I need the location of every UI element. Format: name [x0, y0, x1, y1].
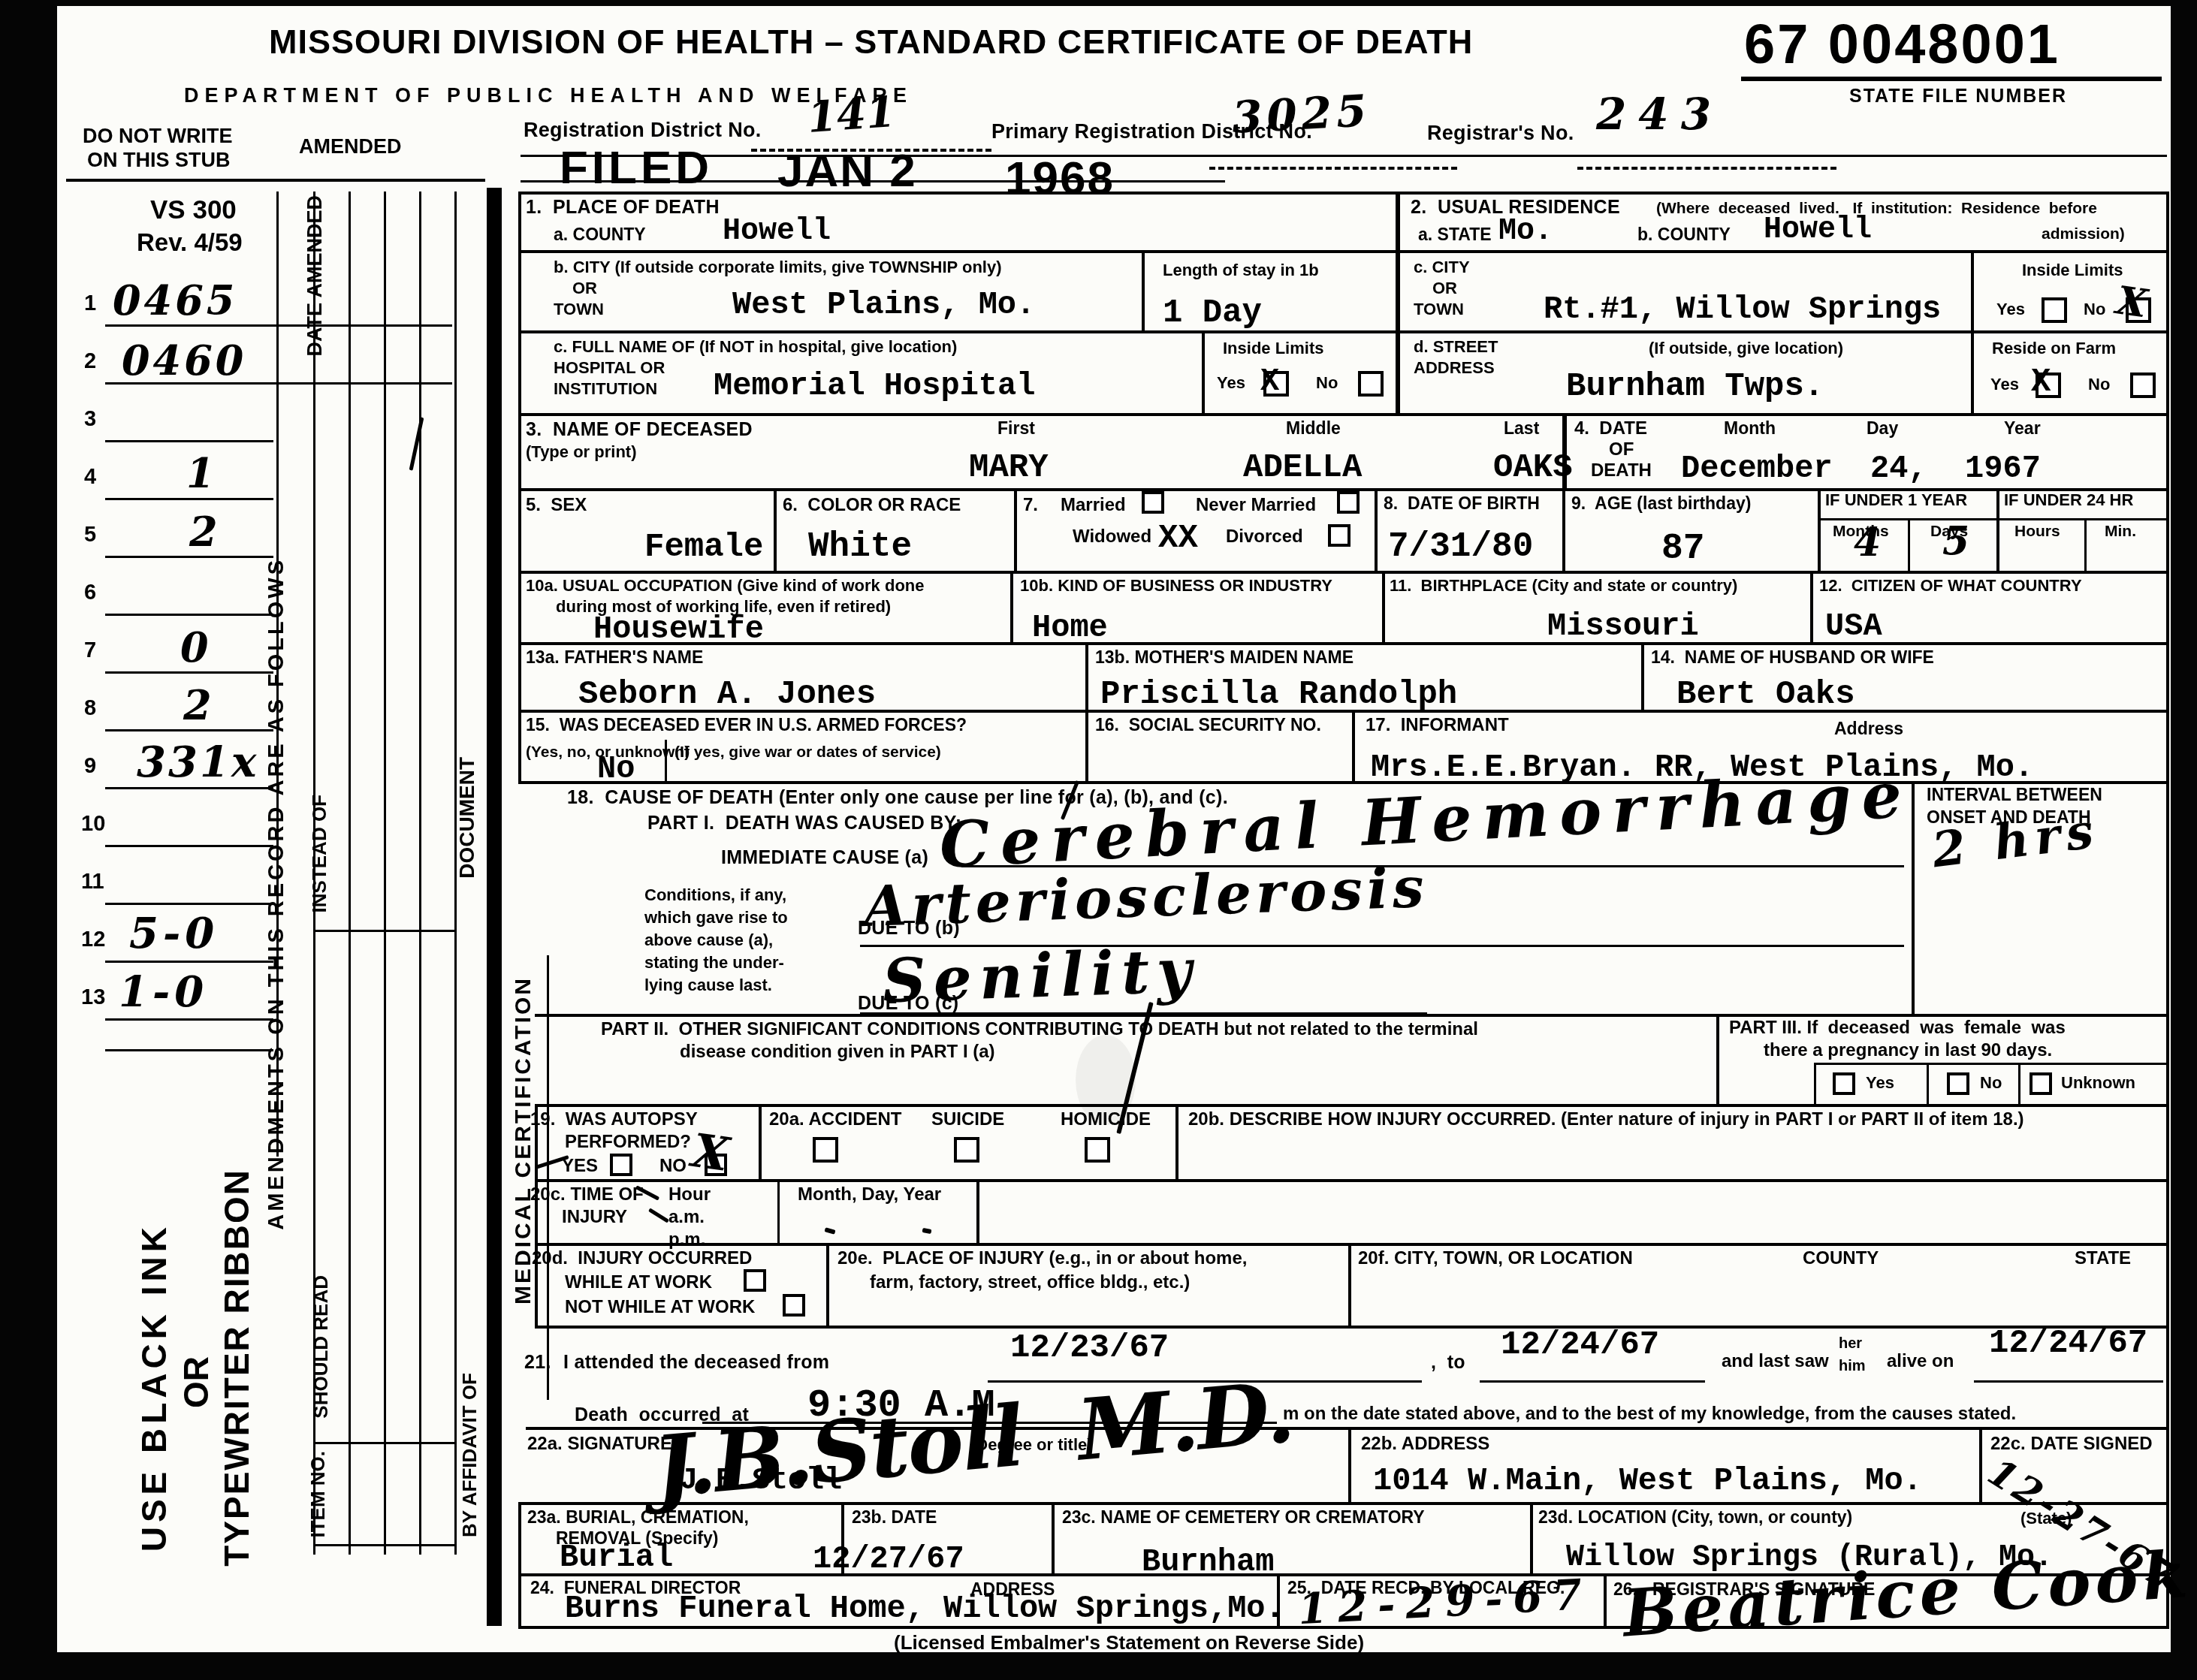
checkbox-suicide — [954, 1137, 979, 1163]
field-20f-county-label: COUNTY — [1803, 1249, 1879, 1269]
stub-row-num: 7 — [84, 638, 96, 663]
field-2c-value: Rt.#1, Willow Springs — [1544, 291, 1941, 327]
form-border — [1908, 518, 1910, 571]
field-20c-mdy-label: Month, Day, Year — [798, 1185, 941, 1205]
checkbox-while-at-work — [744, 1269, 766, 1292]
form-border — [2166, 192, 2169, 1626]
checkmark-2c-no: X — [2114, 277, 2150, 327]
part2-label1: PART II. OTHER SIGNIFICANT CONDITIONS CO… — [601, 1020, 1478, 1040]
registrar-no-value: 243 — [1596, 89, 1723, 140]
form-border — [1979, 1427, 1982, 1502]
form-border — [1996, 488, 1999, 571]
field-20a-homicide-label: HOMICIDE — [1061, 1110, 1151, 1130]
field-stay-value: 1 Day — [1163, 294, 1262, 332]
form-border — [518, 250, 2169, 253]
field-3-sub: (Type or print) — [526, 443, 636, 462]
stub-row-line — [105, 382, 452, 385]
stub-row-line-extra — [105, 1049, 273, 1051]
field-19-yes-label: YES — [562, 1157, 598, 1177]
field-2d-label: d. STREET — [1414, 338, 1498, 357]
field-14-value: Bert Oaks — [1676, 676, 1855, 713]
field-1c-label: c. FULL NAME OF (If NOT in hospital, giv… — [554, 338, 957, 357]
stub-row-line — [105, 961, 273, 963]
stub-row-value: 5-0 — [129, 909, 219, 958]
stub-table-rule — [384, 192, 386, 1555]
state-file-label: STATE FILE NUMBER — [1849, 86, 2067, 107]
checkbox-2c-yes — [2042, 297, 2067, 323]
field-hours-label: Hours — [2014, 523, 2060, 541]
field-21-alive-value: 12/24/67 — [1989, 1325, 2147, 1362]
field-20c-am-label: a.m. — [668, 1208, 705, 1228]
stub-row-num: 12 — [81, 927, 105, 952]
field-12-label: 12. CITIZEN OF WHAT COUNTRY — [1819, 577, 2082, 596]
stub-row-num: 1 — [84, 291, 96, 316]
field-13b-value: Priscilla Randolph — [1100, 676, 1457, 713]
stub-do-not-write-1: DO NOT WRITE — [83, 125, 232, 148]
part3-label1: PART III. If deceased was female was — [1729, 1018, 2066, 1039]
stub-form-revision: Rev. 4/59 — [137, 228, 243, 257]
stub-row-num: 2 — [84, 349, 96, 374]
field-3-middle-label: Middle — [1286, 419, 1341, 439]
field-2d-value: Burnham Twps. — [1566, 368, 1824, 406]
form-border — [1604, 1573, 1607, 1626]
filed-stamp-date: JAN 2 — [777, 144, 917, 198]
form-border — [518, 1502, 521, 1626]
stub-row-num: 5 — [84, 523, 96, 547]
field-20a-suicide-label: SUICIDE — [931, 1110, 1004, 1130]
field-18-cond4: stating the under- — [644, 954, 784, 973]
stub-row-num: 9 — [84, 754, 96, 779]
stub-row-line — [105, 903, 273, 905]
field-2d-label2: ADDRESS — [1414, 359, 1495, 378]
stub-should-read-label: SHOULD READ — [309, 1275, 333, 1419]
stub-row-num: 10 — [81, 812, 105, 837]
stub-use-black-ink-label: USE BLACK INK — [134, 1223, 174, 1552]
stub-row-line — [105, 498, 273, 500]
field-3-last-value: OAKS — [1493, 449, 1573, 487]
field-1b-town: TOWN — [554, 300, 604, 319]
field-5-label: 5. SEX — [526, 496, 587, 516]
field-14-label: 14. NAME OF HUSBAND OR WIFE — [1651, 648, 1934, 668]
field-19-label2: PERFORMED? — [565, 1133, 691, 1153]
filed-stamp-year: 1968 — [1005, 152, 1115, 205]
field-20f-label: 20f. CITY, TOWN, OR LOCATION — [1358, 1249, 1633, 1269]
checkbox-pregnancy-yes — [1833, 1072, 1855, 1095]
form-border — [826, 1243, 829, 1326]
form-border — [759, 1104, 762, 1179]
field-1c-label3: INSTITUTION — [554, 380, 657, 399]
form-border — [1348, 1427, 1351, 1502]
form-border — [1716, 1014, 1719, 1104]
stub-row-value: 0465 — [113, 276, 237, 324]
field-5-value: Female — [644, 529, 763, 566]
stub-row-line — [105, 729, 273, 731]
stub-row-line — [105, 614, 273, 616]
form-border — [1085, 642, 1088, 710]
field-20c-label1: 20c. TIME OF — [530, 1185, 644, 1205]
form-border — [518, 330, 2169, 333]
part3-no-label: No — [1980, 1074, 2002, 1093]
field-15-sub2: (If yes, give war or dates of service) — [674, 743, 941, 762]
stub-do-not-write-2: ON THIS STUB — [87, 149, 231, 172]
field-21-him-label: him — [1839, 1358, 1866, 1375]
field-20d-label3: NOT WHILE AT WORK — [565, 1298, 755, 1318]
field-23b-label: 23b. DATE — [852, 1508, 937, 1528]
field-13a-label: 13a. FATHER'S NAME — [526, 648, 703, 668]
stub-row-num: 4 — [84, 465, 96, 490]
field-stay-label: Length of stay in 1b — [1163, 261, 1319, 280]
field-15-value: No — [597, 751, 635, 787]
stub-row-line — [105, 787, 273, 789]
field-19-no-label: NO — [659, 1157, 687, 1177]
checkmark-1c-yes: X — [1260, 363, 1279, 400]
field-21-line — [1480, 1380, 1705, 1383]
stub-row-line — [105, 440, 273, 442]
stub-row-line — [105, 1018, 273, 1021]
field-2a-label: a. STATE — [1418, 225, 1492, 245]
field-2c-yes-label: Yes — [1996, 300, 2025, 319]
field-23c-label: 23c. NAME OF CEMETERY OR CREMATORY — [1062, 1508, 1425, 1528]
form-border — [535, 1104, 538, 1326]
checkmark-2d-yes: X — [2031, 363, 2051, 401]
form-border — [1010, 571, 1013, 642]
field-2d-paren: (If outside, give location) — [1649, 339, 1843, 358]
part2-label2: disease condition given in PART I (a) — [680, 1042, 995, 1063]
form-border — [976, 1179, 979, 1243]
primary-reg-line — [1209, 167, 1457, 170]
checkbox-married — [1142, 491, 1164, 514]
field-2b-value: Howell — [1764, 213, 1872, 247]
field-9-label: 9. AGE (last birthday) — [1571, 494, 1751, 514]
field-21-number: 21. — [524, 1352, 551, 1373]
registrar-no-label: Registrar's No. — [1427, 122, 1574, 144]
form-border — [1142, 250, 1145, 330]
field-1c-yes-label: Yes — [1217, 374, 1245, 393]
form-border — [518, 571, 2169, 574]
field-1b-label: b. CITY (If outside corporate limits, gi… — [554, 258, 1002, 277]
field-11-value: Missouri — [1547, 608, 1699, 644]
field-20f-state-label: STATE — [2075, 1249, 2131, 1269]
stub-form-divider-bar — [487, 188, 502, 1626]
field-7-married-label: Married — [1061, 496, 1126, 516]
stub-row-value: 0 — [180, 623, 209, 671]
stub-row-num: 13 — [81, 985, 105, 1010]
form-border — [535, 1104, 2169, 1107]
form-border — [1396, 192, 1400, 413]
form-border — [2018, 1063, 2020, 1104]
field-23d-state-label: (State) — [2020, 1510, 2072, 1528]
field-7-number: 7. — [1023, 496, 1038, 516]
page-subtitle: DEPARTMENT OF PUBLIC HEALTH AND WELFARE — [184, 84, 913, 107]
field-8-value: 7/31/80 — [1388, 527, 1533, 566]
form-border — [518, 413, 2169, 416]
checkbox-never-married — [1337, 491, 1360, 514]
stub-header-rule — [66, 179, 485, 182]
field-21-her-label: her — [1839, 1335, 1862, 1353]
form-border — [1382, 571, 1385, 642]
field-2c-inside-limits-label: Inside Limits — [2022, 261, 2123, 280]
form-border — [1014, 488, 1017, 571]
form-border — [518, 192, 2169, 195]
field-3-first-value: MARY — [969, 449, 1049, 487]
form-border — [1348, 1243, 1351, 1326]
field-21-line — [1974, 1380, 2163, 1383]
field-18-cond2: which gave rise to — [644, 909, 788, 927]
field-2-label-paren2: admission) — [2042, 225, 2125, 243]
field-18c-line — [860, 1012, 1427, 1015]
checkbox-pregnancy-no — [1947, 1072, 1969, 1095]
field-20b-label: 20b. DESCRIBE HOW INJURY OCCURRED. (Ente… — [1188, 1110, 2024, 1130]
field-days-value: 5 — [1942, 518, 1969, 564]
stub-row-line — [105, 845, 273, 847]
form-border — [777, 1179, 780, 1243]
field-18-cond3: above cause (a), — [644, 931, 773, 950]
field-10b-value: Home — [1032, 610, 1108, 646]
field-22b-label: 22b. ADDRESS — [1361, 1434, 1489, 1455]
form-border — [1562, 488, 1565, 571]
field-18-cond1: Conditions, if any, — [644, 886, 786, 905]
stub-instead-of-label: INSTEAD OF — [308, 795, 331, 912]
field-23c-value: Burnham — [1142, 1544, 1274, 1580]
stub-date-amended-label: DATE AMENDED — [303, 195, 327, 357]
field-3-first-label: First — [997, 419, 1035, 439]
field-10b-label: 10b. KIND OF BUSINESS OR INDUSTRY — [1020, 577, 1332, 596]
field-20a-accident-label: 20a. ACCIDENT — [769, 1110, 901, 1130]
form-border — [1352, 710, 1355, 781]
stub-table-rule-h — [313, 930, 456, 932]
field-15-label: 15. WAS DECEASED EVER IN U.S. ARMED FORC… — [526, 716, 967, 735]
field-21-last-saw-label: and last saw — [1722, 1352, 1829, 1372]
state-file-number: 67 0048001 — [1744, 12, 2060, 76]
field-10a-value: Housewife — [593, 611, 764, 647]
checkbox-homicide — [1085, 1137, 1110, 1163]
field-3-label: 3. NAME OF DECEASED — [526, 419, 753, 440]
form-border — [518, 642, 2169, 645]
form-border — [2084, 518, 2087, 571]
field-interval-label1: INTERVAL BETWEEN — [1927, 786, 2102, 805]
field-1c-value: Memorial Hospital — [714, 368, 1035, 404]
field-8-label: 8. DATE OF BIRTH — [1384, 494, 1540, 514]
field-6-value: White — [808, 527, 912, 566]
field-1a-value: Howell — [723, 215, 831, 249]
checkbox-pregnancy-unknown — [2030, 1072, 2052, 1095]
form-border — [1814, 1063, 1816, 1104]
field-18-immediate-label: IMMEDIATE CAUSE (a) — [721, 847, 928, 868]
field-20c-label2: INJURY — [562, 1208, 627, 1228]
stub-form-number: VS 300 — [150, 195, 237, 225]
field-7-divorced-label: Divorced — [1226, 527, 1303, 547]
stub-row-value: 1 — [186, 449, 215, 497]
field-2a-value: Mo. — [1498, 215, 1553, 249]
field-4-label3: DEATH — [1591, 461, 1652, 481]
field-4-label2: OF — [1609, 440, 1634, 460]
form-border — [1202, 330, 1205, 413]
field-11-label: 11. BIRTHPLACE (City and state or countr… — [1390, 577, 1737, 596]
field-20d-label1: 20d. INJURY OCCURRED — [532, 1249, 752, 1269]
reg-district-label: Registration District No. — [524, 119, 762, 141]
field-20d-label2: WHILE AT WORK — [565, 1273, 712, 1293]
form-border — [1375, 488, 1378, 571]
stub-table-rule — [419, 192, 421, 1555]
form-border — [1810, 571, 1813, 642]
stub-row-num: 6 — [84, 581, 96, 605]
field-2d-farm-label: Reside on Farm — [1992, 339, 2116, 358]
stub-amendments-label: AMENDMENTS ON THIS RECORD ARE AS FOLLOWS — [264, 557, 289, 1230]
field-23a-value: Burial — [560, 1540, 673, 1576]
filed-stamp: FILED — [560, 141, 713, 195]
form-border — [1085, 710, 1088, 781]
field-17-address-label: Address — [1834, 719, 1903, 739]
field-4-label1: 4. DATE — [1574, 419, 1647, 439]
field-17-label: 17. INFORMANT — [1366, 716, 1509, 736]
field-6-label: 6. COLOR OR RACE — [783, 496, 961, 516]
field-2d-yes-label: Yes — [1990, 376, 2019, 394]
field-2d-no-label: No — [2088, 376, 2110, 394]
stub-row-value: 2 — [183, 681, 212, 729]
field-2b-label: b. COUNTY — [1637, 225, 1731, 245]
stub-row-num: 3 — [84, 407, 96, 432]
field-21-to-label: , to — [1431, 1352, 1465, 1373]
field-18-part1-label: PART I. DEATH WAS CAUSED BY: — [647, 813, 961, 834]
primary-reg-value: 3025 — [1230, 85, 1372, 143]
checkbox-1c-no — [1358, 371, 1384, 397]
stub-row-value: 1-0 — [119, 967, 208, 1017]
field-1b-or: OR — [572, 279, 597, 298]
field-16-label: 16. SOCIAL SECURITY NO. — [1095, 716, 1321, 735]
field-13a-value: Seborn A. Jones — [578, 676, 876, 713]
field-12-value: USA — [1825, 608, 1882, 644]
checkbox-accident — [813, 1137, 838, 1163]
stub-document-label: DOCUMENT — [455, 757, 479, 879]
field-7-never-married-label: Never Married — [1196, 496, 1316, 516]
form-border — [1641, 642, 1644, 710]
checkbox-not-while-at-work — [783, 1294, 805, 1317]
field-20c-hour-label: Hour — [668, 1185, 711, 1205]
field-months-value: 4 — [1854, 520, 1881, 566]
form-border — [1175, 1104, 1178, 1179]
stub-table-rule — [349, 192, 351, 1555]
field-min-label: Min. — [2105, 523, 2136, 541]
part3-unknown-label: Unknown — [2061, 1074, 2135, 1093]
field-23b-value: 12/27/67 — [813, 1541, 964, 1577]
field-1c-no-label: No — [1316, 374, 1338, 393]
checkmark-widowed: XX — [1158, 520, 1198, 557]
field-20e-label2: farm, factory, street, office bldg., etc… — [870, 1273, 1190, 1293]
field-23d-label: 23d. LOCATION (City, town, or county) — [1538, 1508, 1852, 1528]
stub-row-num: 8 — [84, 696, 96, 721]
field-1c-inside-limits-label: Inside Limits — [1223, 339, 1323, 358]
field-10a-label: 10a. USUAL OCCUPATION (Give kind of work… — [526, 577, 925, 596]
page-title: MISSOURI DIVISION OF HEALTH – STANDARD C… — [269, 23, 1473, 62]
stub-table-rule-h — [313, 1544, 456, 1546]
field-24-value: Burns Funeral Home, Willow Springs,Mo. — [565, 1591, 1284, 1627]
registrar-no-line — [1577, 167, 1836, 170]
field-2c-label: c. CITY — [1414, 258, 1470, 277]
part3-yes-label: Yes — [1866, 1074, 1894, 1093]
stub-by-affidavit-label: BY AFFIDAVIT OF — [458, 1373, 481, 1537]
stub-row-line — [105, 324, 452, 327]
field-4-year-label: Year — [2004, 419, 2041, 439]
field-1b-value: West Plains, Mo. — [732, 287, 1035, 323]
form-border — [535, 1326, 2169, 1329]
form-border — [535, 1179, 2169, 1182]
field-7-widowed-label: Widowed — [1073, 527, 1151, 547]
embalmer-note: (Licensed Embalmer's Statement on Revers… — [894, 1631, 1364, 1654]
stub-item-no-label: ITEM NO. — [306, 1451, 330, 1538]
field-3-last-label: Last — [1504, 419, 1539, 439]
field-19-label1: 19. WAS AUTOPSY — [530, 1110, 698, 1130]
field-21-from-value: 12/23/67 — [1010, 1329, 1169, 1367]
stub-table-rule-h — [313, 1442, 456, 1444]
checkbox-autopsy-yes — [610, 1154, 632, 1176]
field-20e-label1: 20e. PLACE OF INJURY (e.g., in or about … — [837, 1249, 1247, 1269]
stub-row-line — [105, 556, 273, 558]
field-4-value: December 24, 1967 — [1681, 451, 2041, 487]
field-9-value: 87 — [1661, 529, 1705, 569]
field-under1-label: IF UNDER 1 YEAR — [1825, 491, 1967, 510]
field-2c-town: TOWN — [1414, 300, 1464, 319]
field-22c-label: 22c. DATE SIGNED — [1990, 1434, 2153, 1455]
part3-label2: there a pregnancy in last 90 days. — [1764, 1041, 2052, 1061]
field-4-month-label: Month — [1724, 419, 1776, 439]
field-2c-or: OR — [1432, 279, 1457, 298]
stub-row-line — [105, 671, 273, 674]
stub-row-value: 331x — [137, 737, 258, 787]
form-border — [535, 1243, 2169, 1246]
field-18-cond5: lying cause last. — [644, 976, 772, 995]
field-22a-typed-name: J.B.Stoll — [680, 1464, 842, 1498]
field-23a-label1: 23a. BURIAL, CREMATION, — [527, 1508, 749, 1528]
form-border — [1530, 1502, 1533, 1573]
stub-row-num: 11 — [81, 870, 104, 894]
field-20c-pm-label: p.m. — [668, 1230, 705, 1250]
field-under24-label: IF UNDER 24 HR — [2004, 491, 2133, 510]
field-21-to-value: 12/24/67 — [1501, 1326, 1659, 1364]
field-3-middle-value: ADELLA — [1243, 449, 1362, 487]
reg-district-value: 141 — [806, 87, 897, 143]
stub-amended-label: AMENDED — [299, 135, 402, 158]
field-22b-value: 1014 W.Main, West Plains, Mo. — [1373, 1463, 1922, 1499]
field-4-day-label: Day — [1867, 419, 1898, 439]
field-22a-label: 22a. SIGNATURE — [527, 1434, 672, 1455]
field-21-pre-label: I attended the deceased from — [563, 1352, 829, 1373]
field-2-label-paren: (Where deceased lived. If institution: R… — [1656, 200, 2097, 218]
form-border — [1927, 1063, 1929, 1104]
form-border — [1814, 1063, 2166, 1065]
field-1c-label2: HOSPITAL OR — [554, 359, 665, 378]
header-rule-1 — [521, 155, 2167, 157]
field-21-alive-on-label: alive on — [1887, 1352, 1954, 1372]
form-border — [774, 488, 777, 571]
stub-typewriter-ribbon-label: TYPEWRITER RIBBON — [216, 1169, 257, 1567]
field-1-label: 1. PLACE OF DEATH — [526, 197, 720, 218]
checkbox-2d-no — [2130, 372, 2156, 398]
checkmark-autopsy-no: X — [689, 1123, 732, 1182]
form-border — [1971, 250, 1974, 413]
checkbox-divorced — [1328, 524, 1350, 547]
state-file-underline — [1741, 77, 2162, 81]
field-13b-label: 13b. MOTHER'S MAIDEN NAME — [1095, 648, 1354, 668]
field-21-tail-label: m on the date stated above, and to the b… — [1283, 1404, 2016, 1425]
medical-certification-bracket — [547, 955, 549, 1400]
death-certificate-scan: MISSOURI DIVISION OF HEALTH – STANDARD C… — [0, 0, 2197, 1680]
stub-or-label: OR — [176, 1356, 216, 1408]
form-border — [1052, 1502, 1055, 1573]
field-2c-no-label: No — [2084, 300, 2105, 319]
form-border — [1818, 488, 1821, 571]
stub-row-value: 2 — [189, 508, 218, 556]
field-1a-label: a. COUNTY — [554, 225, 646, 245]
